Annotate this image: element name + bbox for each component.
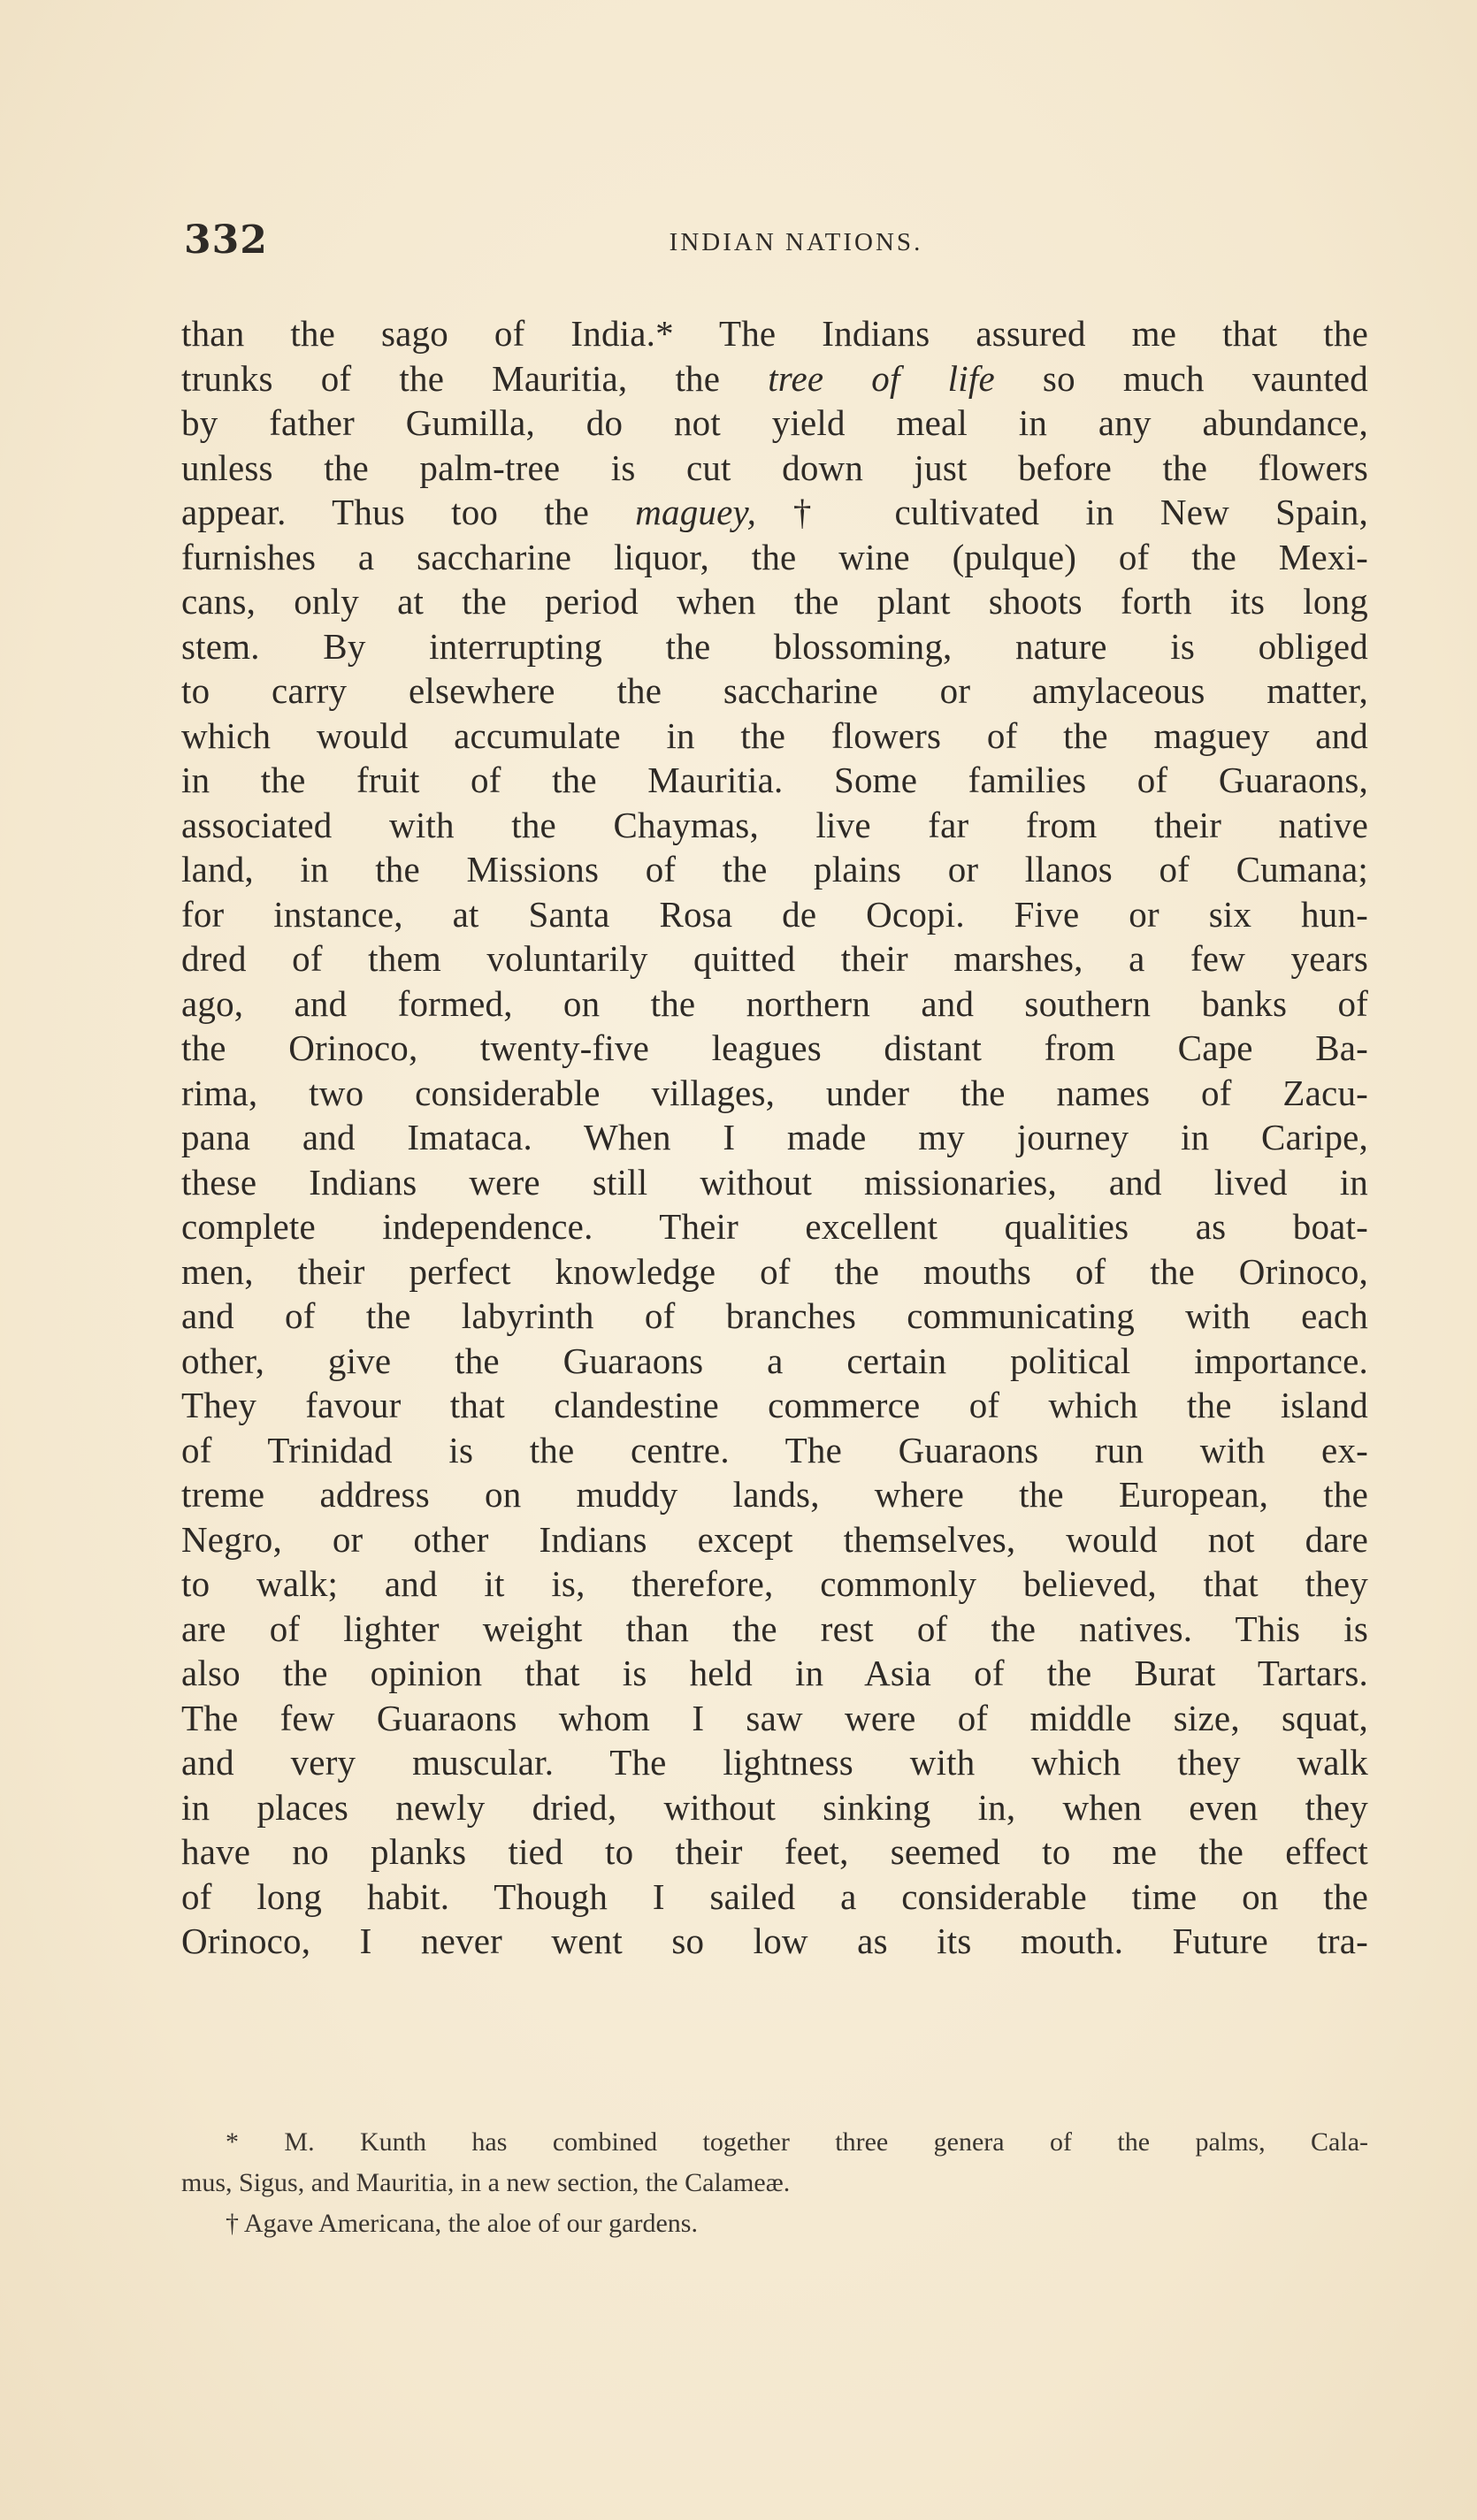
text-line: complete independence. Their excellent q… [181, 1204, 1368, 1249]
text-line: of long habit. Though I sailed a conside… [181, 1875, 1368, 1920]
text-line: and of the labyrinth of branches communi… [181, 1294, 1368, 1339]
italic-term: tree of life [768, 358, 995, 399]
italic-term: maguey, [635, 492, 756, 532]
footnotes: * M. Kunth has combined together three g… [181, 2122, 1368, 2244]
text-line: furnishes a saccharine liquor, the wine … [181, 535, 1368, 580]
text-line: appear. Thus too the maguey,† cultivated… [181, 490, 1368, 535]
text-line: cans, only at the period when the plant … [181, 579, 1368, 624]
text-line: treme address on muddy lands, where the … [181, 1472, 1368, 1517]
text-line: Negro, or other Indians except themselve… [181, 1517, 1368, 1562]
text-line: The few Guaraons whom I saw were of midd… [181, 1696, 1368, 1741]
text-line: dred of them voluntarily quitted their m… [181, 936, 1368, 981]
footnote-asterisk-continued: mus, Sigus, and Mauritia, in a new secti… [181, 2163, 1368, 2203]
text-line: of Trinidad is the centre. The Guaraons … [181, 1428, 1368, 1473]
text-line: than the sago of India.* The Indians ass… [181, 311, 1368, 356]
text-line: land, in the Missions of the plains or l… [181, 847, 1368, 892]
footnote-dagger: † Agave Americana, the aloe of our garde… [181, 2203, 1368, 2244]
text-line: the Orinoco, twenty-five leagues distant… [181, 1026, 1368, 1071]
text-line: Orinoco, I never went so low as its mout… [181, 1919, 1368, 1964]
text-line: also the opinion that is held in Asia of… [181, 1651, 1368, 1696]
text-line: to carry elsewhere the saccharine or amy… [181, 668, 1368, 714]
text-line: have no planks tied to their feet, seeme… [181, 1829, 1368, 1875]
text-line: rima, two considerable villages, under t… [181, 1071, 1368, 1116]
text-line: trunks of the Mauritia, the tree of life… [181, 356, 1368, 401]
text-line: men, their perfect knowledge of the mout… [181, 1249, 1368, 1294]
text-line: and very muscular. The lightness with wh… [181, 1740, 1368, 1785]
footnote-asterisk: * M. Kunth has combined together three g… [181, 2122, 1368, 2163]
text-line: stem. By interrupting the blossoming, na… [181, 624, 1368, 669]
text-line: other, give the Guaraons a certain polit… [181, 1339, 1368, 1384]
text-line: in places newly dried, without sinking i… [181, 1785, 1368, 1830]
text-line: unless the palm-tree is cut down just be… [181, 446, 1368, 491]
text-line: these Indians were still without mission… [181, 1160, 1368, 1205]
text-line: are of lighter weight than the rest of t… [181, 1607, 1368, 1652]
body-text: than the sago of India.* The Indians ass… [181, 311, 1368, 1964]
text-line: to walk; and it is, therefore, commonly … [181, 1562, 1368, 1607]
text-line: They favour that clandestine commerce of… [181, 1383, 1368, 1428]
text-line: which would accumulate in the flowers of… [181, 714, 1368, 759]
text-line: in the fruit of the Mauritia. Some famil… [181, 758, 1368, 803]
text-line: associated with the Chaymas, live far fr… [181, 803, 1368, 848]
text-line: pana and Imataca. When I made my journey… [181, 1115, 1368, 1160]
text-line: ago, and formed, on the northern and sou… [181, 981, 1368, 1027]
text-line: by father Gumilla, do not yield meal in … [181, 401, 1368, 446]
running-head: INDIAN NATIONS. [0, 228, 1477, 257]
text-line: for instance, at Santa Rosa de Ocopi. Fi… [181, 892, 1368, 937]
